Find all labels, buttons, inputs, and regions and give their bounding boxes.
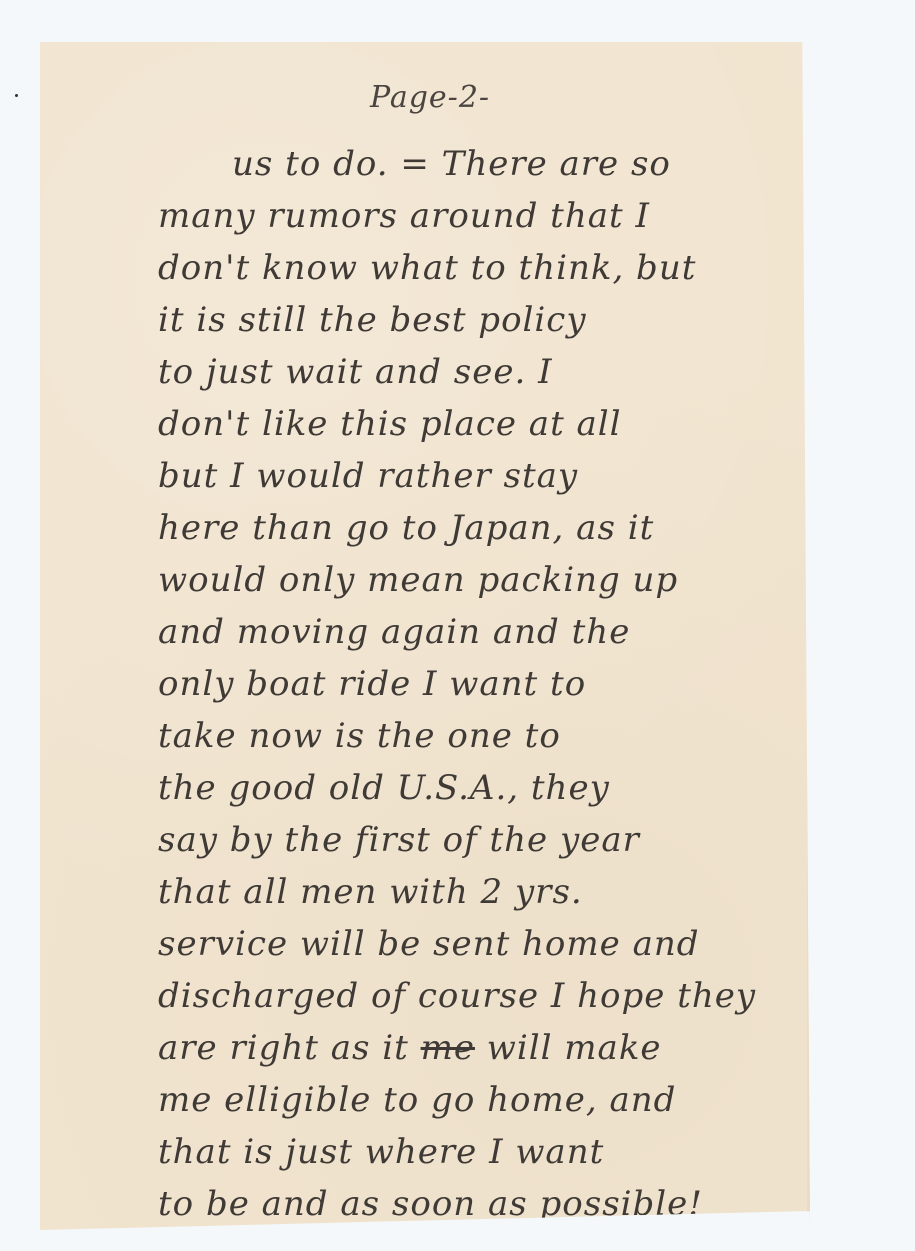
letter-line: but I would rather stay <box>158 450 798 502</box>
letter-line: that is just where I want <box>158 1126 798 1178</box>
scan-speck <box>15 94 18 97</box>
line-text-before: are right as it <box>158 1028 421 1068</box>
letter-body: us to do. = There are so many rumors aro… <box>158 138 798 1230</box>
letter-line: service will be sent home and <box>158 918 798 970</box>
letter-line: many rumors around that I <box>158 190 798 242</box>
page-number-header: Page-2- <box>370 80 490 115</box>
letter-line: to just wait and see. I <box>158 346 798 398</box>
letter-line: it is still the best policy <box>158 294 798 346</box>
letter-line: the good old U.S.A., they <box>158 762 798 814</box>
letter-line: here than go to Japan, as it <box>158 502 798 554</box>
letter-line: would only mean packing up <box>158 554 798 606</box>
letter-line: and moving again and the <box>158 606 798 658</box>
letter-line: don't like this place at all <box>158 398 798 450</box>
letter-page: Page-2- us to do. = There are so many ru… <box>40 42 810 1230</box>
letter-line: say by the first of the year <box>158 814 798 866</box>
letter-line: to be and as soon as possible! <box>158 1178 798 1230</box>
struck-out-word: me <box>421 1028 475 1068</box>
line-text-after: will make <box>475 1028 662 1068</box>
letter-line: take now is the one to <box>158 710 798 762</box>
letter-line: discharged of course I hope they <box>158 970 798 1022</box>
letter-line-with-strikethrough: are right as it me will make <box>158 1022 798 1074</box>
letter-line: us to do. = There are so <box>158 138 798 190</box>
letter-line: that all men with 2 yrs. <box>158 866 798 918</box>
letter-line: don't know what to think, but <box>158 242 798 294</box>
letter-line: only boat ride I want to <box>158 658 798 710</box>
letter-line: me elligible to go home, and <box>158 1074 798 1126</box>
